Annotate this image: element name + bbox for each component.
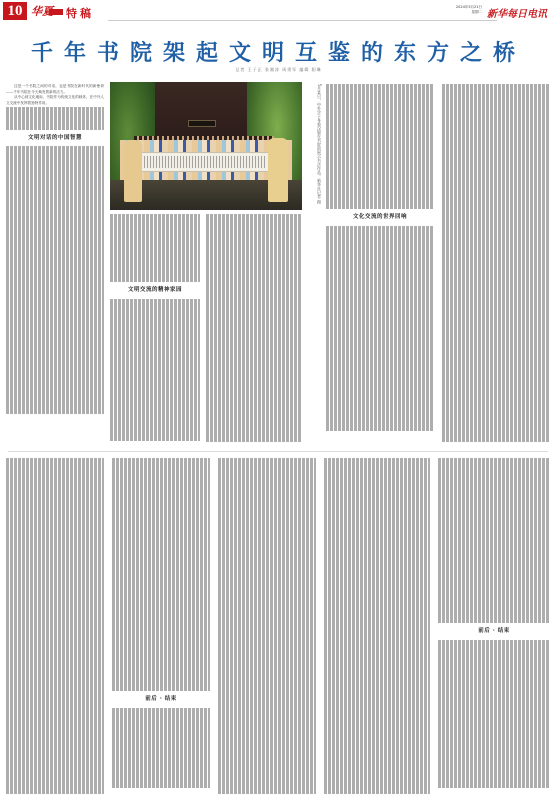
section-heading-2: 文明交流的精神家园: [110, 288, 200, 294]
section-heading-3: 文化交流的世界回响: [326, 215, 434, 221]
body-text-line: [326, 203, 434, 209]
body-text-line: [218, 788, 316, 794]
issue-date: 2024年5月21日 星期二: [452, 5, 482, 15]
section-heading-4: 前后 · 结束: [112, 697, 210, 703]
article-column-1: 这是一个书院之间的对话，也是书院在新时代的新使命——千年书院在今天焕发着新的活力…: [6, 84, 104, 448]
newspaper-name: 新华每日电讯: [487, 5, 547, 20]
photo-hall-plaque: [188, 120, 216, 127]
body-text-line: [438, 782, 550, 788]
section-divider: [8, 451, 548, 452]
body-text-line: [442, 437, 550, 443]
body-text-line: [6, 124, 104, 130]
body-text-line: [438, 617, 550, 623]
lead-paragraph-2: 从中心到文化地标，书院作为传统文化的载体，在中外人文交流中发挥着独特作用。: [6, 95, 104, 106]
article-column-6: [6, 458, 104, 796]
article-column-9: [324, 458, 430, 796]
body-text-line: [112, 686, 210, 692]
article-column-5: [442, 84, 550, 448]
article-column-10: 前后 · 结束: [438, 458, 550, 796]
body-text-line: [6, 788, 104, 794]
body-text-line: [6, 408, 104, 414]
header-divider: [108, 20, 497, 21]
article-column-4: 文化交流的世界回响: [326, 84, 434, 448]
photo-person-left: [124, 140, 142, 202]
page-header: 10 华夏 特稿 2024年5月21日 星期二 新华每日电讯: [0, 0, 557, 20]
article-column-8: [218, 458, 316, 796]
body-text-line: [326, 425, 434, 431]
article-column-3: [206, 214, 302, 448]
article-photo: [110, 82, 302, 210]
photo-person-right: [268, 138, 288, 202]
photo-calligraphy-scroll: [140, 152, 270, 172]
article-column-7: 前后 · 结束: [112, 458, 210, 796]
page-number: 10: [3, 2, 27, 20]
article-title: 千年书院架起文明互鉴的东方之桥: [0, 36, 557, 67]
lead-paragraph-1: 这是一个书院之间的对话，也是书院在新时代的新使命——千年书院在今天焕发着新的活力…: [6, 84, 104, 95]
section-heading-1: 文明对话的中国智慧: [6, 136, 104, 142]
issue-date-line2: 星期二: [452, 10, 482, 15]
section-heading-5: 前后 · 结束: [438, 629, 550, 635]
body-text-line: [324, 788, 430, 794]
body-text-line: [110, 435, 200, 441]
article-column-2: 文明交流的精神家园: [110, 214, 200, 448]
article-byline: 记者 王子正 张湘涛 周勇军 编辑 阳琳: [0, 67, 557, 73]
body-text-line: [206, 436, 302, 442]
body-text-line: [112, 782, 210, 788]
section-label: 特稿: [66, 5, 94, 21]
body-text-line: [110, 277, 200, 283]
masthead-badge-icon: [49, 9, 63, 15]
photo-caption: 5月某日，中外学子身着汉服在书院前展示书法作品。新华社记者 摄: [306, 84, 322, 209]
